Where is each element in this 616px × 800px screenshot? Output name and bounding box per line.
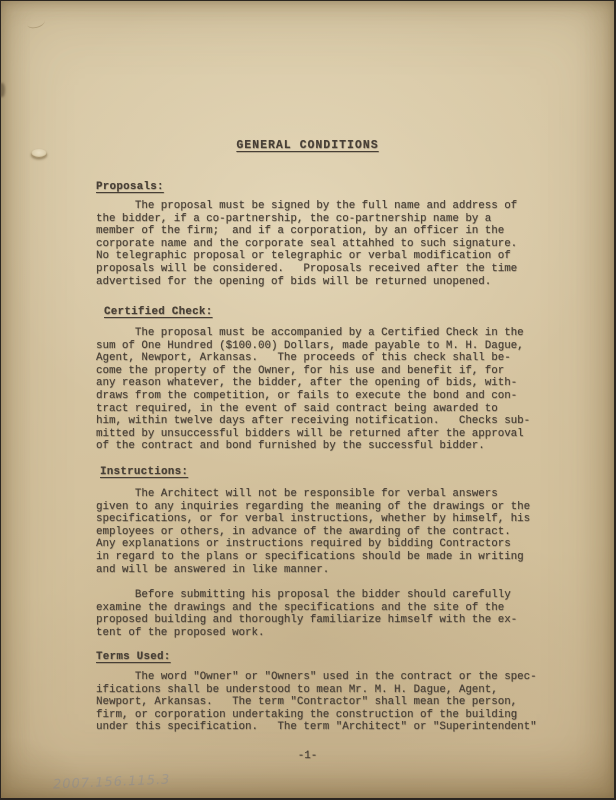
section-heading-terms-used: Terms Used: — [96, 651, 171, 664]
paragraph-instructions-1: The Architect will not be responsible fo… — [96, 488, 530, 576]
section-heading-instructions: Instructions: — [100, 466, 188, 479]
section-heading-certified-check: Certified Check: — [104, 306, 212, 319]
paragraph-proposals: The proposal must be signed by the full … — [96, 200, 517, 288]
page-number: -1- — [1, 750, 614, 763]
scanned-page: GENERAL CONDITIONS Proposals: The propos… — [1, 1, 614, 798]
paper-crease — [26, 16, 45, 29]
document-title: GENERAL CONDITIONS — [1, 140, 614, 153]
paragraph-certified-check: The proposal must be accompanied by a Ce… — [96, 327, 530, 453]
section-heading-proposals: Proposals: — [96, 181, 164, 194]
paragraph-terms-used: The word "Owner" or "Owners" used in the… — [96, 671, 537, 734]
paper-edge-notch — [0, 83, 5, 97]
paragraph-instructions-2: Before submitting his proposal the bidde… — [96, 589, 517, 639]
